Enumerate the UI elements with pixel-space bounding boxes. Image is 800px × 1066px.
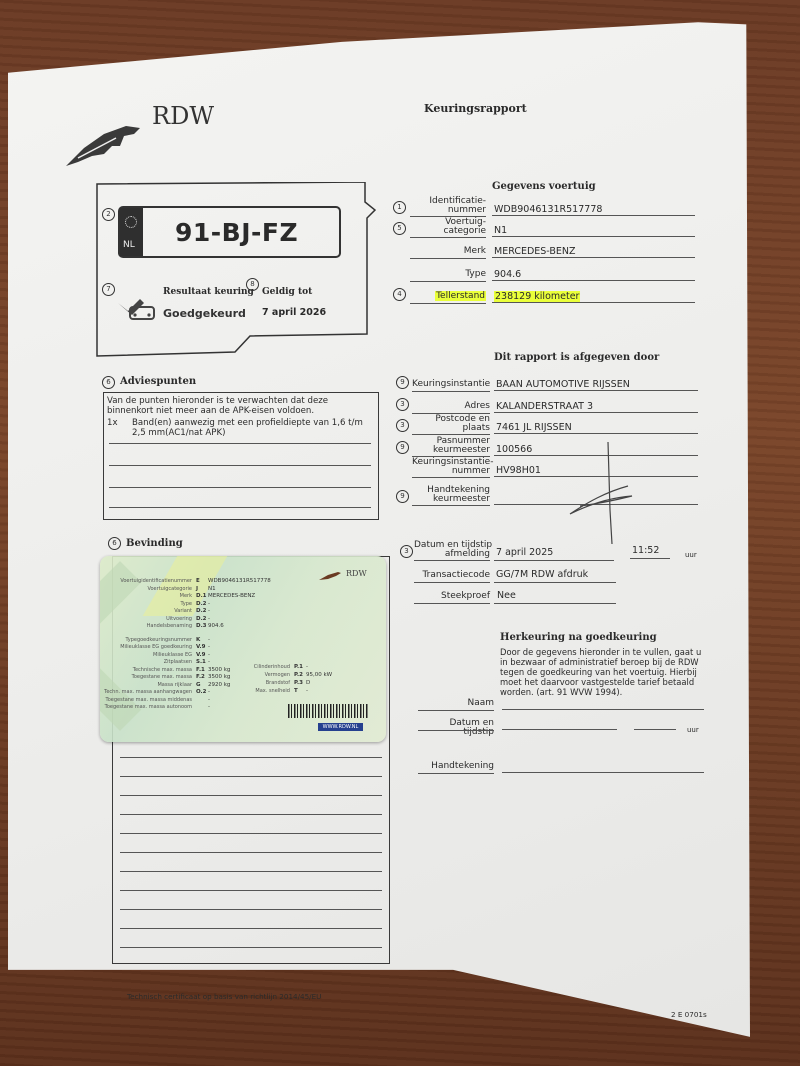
card-code: G [192,682,208,688]
label-underline [410,258,486,259]
label-underline [412,391,490,392]
field-label: Keuringsinstantie- nummer [412,458,490,476]
card-code: T [290,688,306,694]
card-code: P.3 [290,680,306,686]
field-number-circle: 4 [393,288,406,301]
card-row: VermogenP.295,00 kW [220,672,332,678]
field-number-circle: 1 [393,201,406,214]
sample-value[interactable]: Nee [497,590,516,601]
ruled-line [120,852,382,853]
ruled-line [109,443,371,444]
card-row: Technische max. massaF.13500 kg [100,667,230,673]
card-value: - [208,689,210,695]
field-number-circle: 3 [396,398,409,411]
field-label: Type [410,270,486,279]
card-key: Milieuklasse EG goedkeuring [100,644,192,650]
card-code: D.2 [192,616,208,622]
card-key: Typegoedkeuringsnummer [100,637,192,643]
ruled-line [120,776,382,777]
label-underline [418,730,494,731]
date-field[interactable] [502,729,617,730]
card-value: - [306,688,308,694]
signoff-date[interactable]: 7 april 2025 [496,547,553,558]
transaction-value[interactable]: GG/7M RDW afdruk [496,569,588,580]
card-code: D.3 [192,623,208,629]
card-key: Cilinderinhoud [220,664,290,670]
field-value-text: 904.6 [494,269,521,280]
field-value-text: MERCEDES-BENZ [494,246,576,257]
field-underline [494,433,698,434]
signature-mark [566,440,636,548]
card-value: - [208,608,210,614]
result-label: Resultaat keuring [163,287,254,297]
ruled-line [120,947,382,948]
card-code: E [192,578,208,584]
field-label: Handtekening keurmeester [412,486,490,504]
card-value: MERCEDES-BENZ [208,593,255,599]
ruled-line [120,814,382,815]
card-row: ZitplaatsenS.1- [100,659,210,665]
card-code: O.2 [192,689,208,695]
reinspection-text: Door de gegevens hieronder in te vullen,… [500,647,705,697]
label-underline [410,303,486,304]
card-value: - [208,697,210,703]
card-code: D.2 [192,608,208,614]
card-code: S.1 [192,659,208,665]
field-number-circle: 2 [102,208,115,221]
license-plate: NL 91-BJ-FZ [118,206,341,258]
card-row: Techn. max. massa aanhangwagenO.2- [100,689,210,695]
field-value[interactable]: BAAN AUTOMOTIVE RIJSSEN [496,379,630,390]
document-title: Keuringsrapport [424,102,527,115]
card-value: - [208,637,210,643]
label-underline [412,477,490,478]
card-row: TypegoedkeuringsnummerK- [100,637,210,643]
card-value: 95,00 kW [306,672,332,678]
field-underline [630,558,670,559]
ruled-line [120,928,382,929]
card-code: D.1 [192,593,208,599]
card-value: - [208,616,210,622]
card-row: Milieuklasse EGV.9- [100,652,210,658]
field-number-circle: 9 [396,441,409,454]
name-field[interactable] [502,709,704,710]
card-key: Voertuigidentificatienummer [100,578,192,584]
card-website: WWW.RDW.NL [318,723,363,731]
card-value: WDB9046131R517778 [208,578,271,584]
card-row: VoertuigcategorieJN1 [100,586,216,592]
name-label: Naam [418,699,494,708]
card-value: - [208,659,210,665]
plate-number: 91-BJ-FZ [175,218,298,247]
ruled-line [120,909,382,910]
field-number-circle: 3 [396,419,409,432]
card-value: - [208,704,210,710]
field-value[interactable]: HV98H01 [496,465,541,476]
field-value[interactable]: 7461 JL RIJSSEN [496,422,572,433]
card-code: K [192,637,208,643]
ruled-line [109,465,371,466]
card-row: Toegestane max. massa autonoom- [100,704,210,710]
card-row: Toegestane max. massaF.23500 kg [100,674,230,680]
findings-heading: Bevinding [126,538,183,549]
valid-until-value: 7 april 2026 [262,307,326,318]
field-number-circle: 5 [393,222,406,235]
field-number-circle: 6 [108,537,121,550]
rdw-logo-icon [64,124,142,168]
field-number-circle: 6 [102,376,115,389]
advice-item-text: Band(en) aanwezig met een profieldiepte … [132,418,372,438]
issuer-heading: Dit rapport is afgegeven door [494,352,659,363]
footer-note: Technisch certificaat op basis van richt… [127,992,321,1001]
card-key: Toegestane max. massa autonoom [100,704,192,710]
card-row: Milieuklasse EG goedkeuringV.9- [100,644,210,650]
card-key: Techn. max. massa aanhangwagen [100,689,192,695]
card-row: HandelsbenamingD.3904.6 [100,623,224,629]
ruled-line [120,871,382,872]
label-underline [414,603,490,604]
field-value-text: 7461 JL RIJSSEN [496,422,572,433]
registration-card: RDW VoertuigidentificatienummerEWDB90461… [100,556,386,742]
field-value-text: KALANDERSTRAAT 3 [496,401,593,412]
card-row: VoertuigidentificatienummerEWDB9046131R5… [100,578,271,584]
card-key: Toegestane max. massa [100,674,192,680]
field-value[interactable]: N1 [494,225,507,236]
card-value: - [208,601,210,607]
signature-field[interactable] [502,772,704,773]
label-underline [410,281,486,282]
field-value-text: 238129 kilometer [494,291,580,302]
field-value-text: HV98H01 [496,465,541,476]
card-code: P.1 [290,664,306,670]
card-code: V.9 [192,644,208,650]
card-key: Variant [100,608,192,614]
reinspection-heading: Herkeuring na goedkeuring [500,632,657,643]
datetime-label: Datum en tijdstip [418,719,494,737]
field-value-text: N1 [494,225,507,236]
card-row: TypeD.2- [100,601,210,607]
brand-name: RDW [152,102,214,130]
ruled-line [120,833,382,834]
barcode [288,704,368,718]
field-number-circle: 3 [400,545,413,558]
field-number-circle: 9 [396,490,409,503]
label-underline [414,582,490,583]
transaction-label: Transactiecode [414,571,490,580]
label-underline [412,505,490,506]
time-field[interactable] [634,729,676,730]
card-key: Merk [100,593,192,599]
card-value: - [208,652,210,658]
field-label: Voertuig- categorie [410,218,486,236]
field-underline [492,215,695,216]
advice-heading: Adviespunten [120,376,196,387]
sample-label: Steekproef [414,592,490,601]
card-code: P.2 [290,672,306,678]
card-row: BrandstofP.3D [220,680,310,686]
time-unit: uur [687,726,699,734]
field-value[interactable]: 904.6 [494,269,521,280]
card-key: Technische max. massa [100,667,192,673]
field-number-circle: 9 [396,376,409,389]
vehicle-heading: Gegevens voertuig [492,181,596,192]
eu-band: NL [120,208,143,256]
card-row: Toegestane max. massa middenas- [100,697,210,703]
ruled-line [120,890,382,891]
field-underline [492,302,695,303]
card-key: Toegestane max. massa middenas [100,697,192,703]
field-underline [494,603,616,604]
field-underline [494,560,614,561]
field-value[interactable]: WDB9046131R517778 [494,204,602,215]
signoff-label: Datum en tijdstip afmelding [414,541,490,559]
card-code: F.2 [192,674,208,680]
ruled-line [120,757,382,758]
time-unit: uur [685,551,697,559]
result-value: Goedgekeurd [163,307,246,320]
field-value[interactable]: 238129 kilometer [494,291,580,302]
card-code: D.2 [192,601,208,607]
field-value-text: 100566 [496,444,532,455]
ruled-line [120,795,382,796]
field-label: Pasnummer keurmeester [412,437,490,455]
card-key: Max. snelheid [220,688,290,694]
card-key: Type [100,601,192,607]
advice-item-qty: 1x [107,418,118,428]
card-code: J [192,586,208,592]
field-value[interactable]: MERCEDES-BENZ [494,246,576,257]
field-label: Adres [412,402,490,411]
card-row: VariantD.2- [100,608,210,614]
card-brand: RDW [346,569,367,578]
card-code: F.1 [192,667,208,673]
field-value[interactable]: KALANDERSTRAAT 3 [496,401,593,412]
field-value[interactable]: 100566 [496,444,532,455]
field-underline [492,236,695,237]
field-label: Postcode en plaats [412,415,490,433]
card-key: Handelsbenaming [100,623,192,629]
field-underline [494,412,698,413]
field-label: Identificatie- nummer [410,197,486,215]
field-number-circle: 7 [102,283,115,296]
ruled-line [109,487,371,488]
card-value: 904.6 [208,623,224,629]
card-key: Vermogen [220,672,290,678]
field-number-circle: 8 [246,278,259,291]
card-row: Max. snelheidT- [220,688,308,694]
label-underline [418,773,494,774]
card-value: D [306,680,310,686]
field-underline [492,257,695,258]
car-inspection-icon [118,293,156,323]
ruled-line [109,507,371,508]
card-rdw-logo-icon [318,571,342,581]
label-underline [412,434,490,435]
card-key: Uitvoering [100,616,192,622]
form-code: 2 E 0701s [671,1010,707,1019]
label-underline [414,560,490,561]
card-value: - [208,644,210,650]
field-label: Merk [410,247,486,256]
field-value-text: WDB9046131R517778 [494,204,602,215]
advice-intro: Van de punten hieronder is te verwachten… [107,396,369,416]
card-key: Zitplaatsen [100,659,192,665]
eu-stars-icon [125,216,137,228]
signoff-time[interactable]: 11:52 [632,545,659,556]
valid-until-label: Geldig tot [262,287,312,297]
card-row: Massa rijklaarG2920 kg [100,682,230,688]
field-label: Tellerstand [410,292,486,301]
field-label: Keuringsinstantie [412,380,490,389]
card-key: Massa rijklaar [100,682,192,688]
card-code: V.9 [192,652,208,658]
card-value: N1 [208,586,216,592]
card-key: Milieuklasse EG [100,652,192,658]
signature-label: Handtekening [418,762,494,771]
field-underline [492,280,695,281]
label-underline [418,710,494,711]
field-underline [494,582,616,583]
advice-box: Van de punten hieronder is te verwachten… [103,392,379,520]
field-value-text: BAAN AUTOMOTIVE RIJSSEN [496,379,630,390]
card-row: CilinderinhoudP.1- [220,664,308,670]
card-key: Brandstof [220,680,290,686]
country-code: NL [123,240,135,250]
card-row: MerkD.1MERCEDES-BENZ [100,593,255,599]
highlighted-label: Tellerstand [435,291,486,301]
label-underline [410,237,486,238]
card-key: Voertuigcategorie [100,586,192,592]
card-value: - [306,664,308,670]
card-row: UitvoeringD.2- [100,616,210,622]
field-underline [494,390,698,391]
